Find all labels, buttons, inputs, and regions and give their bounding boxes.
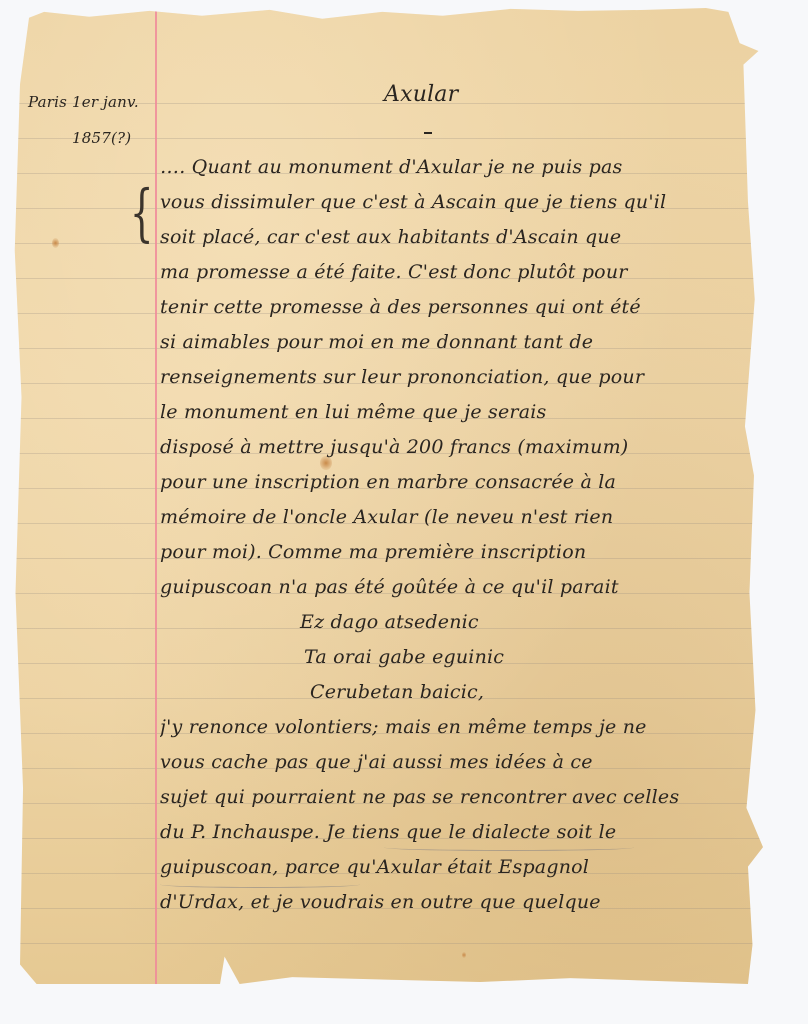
red-margin-line <box>155 6 157 984</box>
pencil-underline <box>384 844 634 851</box>
body-line: pour moi). Comme ma première inscription <box>160 541 760 563</box>
body-line: guipuscoan n'a pas été goûtée à ce qu'il… <box>160 576 760 598</box>
body-line: si aimables pour moi en me donnant tant … <box>160 331 760 353</box>
body-line: d'Urdax, et je voudrais en outre que que… <box>160 891 760 913</box>
body-line: …. Quant au monument d'Axular je ne puis… <box>160 156 760 178</box>
stain-spot <box>462 952 466 958</box>
stain-spot <box>52 238 59 248</box>
body-line: le monument en lui même que je serais <box>160 401 760 423</box>
body-line: soit placé, car c'est aux habitants d'As… <box>160 226 760 248</box>
body-line: guipuscoan, parce qu'Axular était Espagn… <box>160 856 760 878</box>
body-line: disposé à mettre jusqu'à 200 francs (max… <box>160 436 760 458</box>
body-line: renseignements sur leur prononciation, q… <box>160 366 760 388</box>
body-line: vous cache pas que j'ai aussi mes idées … <box>160 751 760 773</box>
ruled-line <box>14 943 766 944</box>
stain-spot <box>320 456 332 470</box>
verse-line: Ez dago atsedenic <box>300 611 479 633</box>
manuscript-page: Paris 1er janv. 1857(?) { Axular …. Quan… <box>14 6 766 984</box>
margin-date-line1: Paris 1er janv. <box>28 90 139 114</box>
verse-line: Cerubetan baicic, <box>310 681 484 703</box>
body-line: vous dissimuler que c'est à Ascain que j… <box>160 191 760 213</box>
verse-line: Ta orai gabe eguinic <box>304 646 504 668</box>
body-line: du P. Inchauspe. Je tiens que le dialect… <box>160 821 760 843</box>
margin-date-line2: 1857(?) <box>72 126 131 150</box>
body-line: pour une inscription en marbre consacrée… <box>160 471 760 493</box>
title-dash <box>424 132 432 134</box>
margin-brace-mark: { <box>130 176 154 249</box>
body-line: sujet qui pourraient ne pas se rencontre… <box>160 786 760 808</box>
body-line: j'y renonce volontiers; mais en même tem… <box>160 716 760 738</box>
page-title: Axular <box>384 82 458 107</box>
body-line: ma promesse a été faite. C'est donc plut… <box>160 261 760 283</box>
pencil-underline <box>160 881 360 888</box>
body-line: mémoire de l'oncle Axular (le neveu n'es… <box>160 506 760 528</box>
body-line: tenir cette promesse à des personnes qui… <box>160 296 760 318</box>
